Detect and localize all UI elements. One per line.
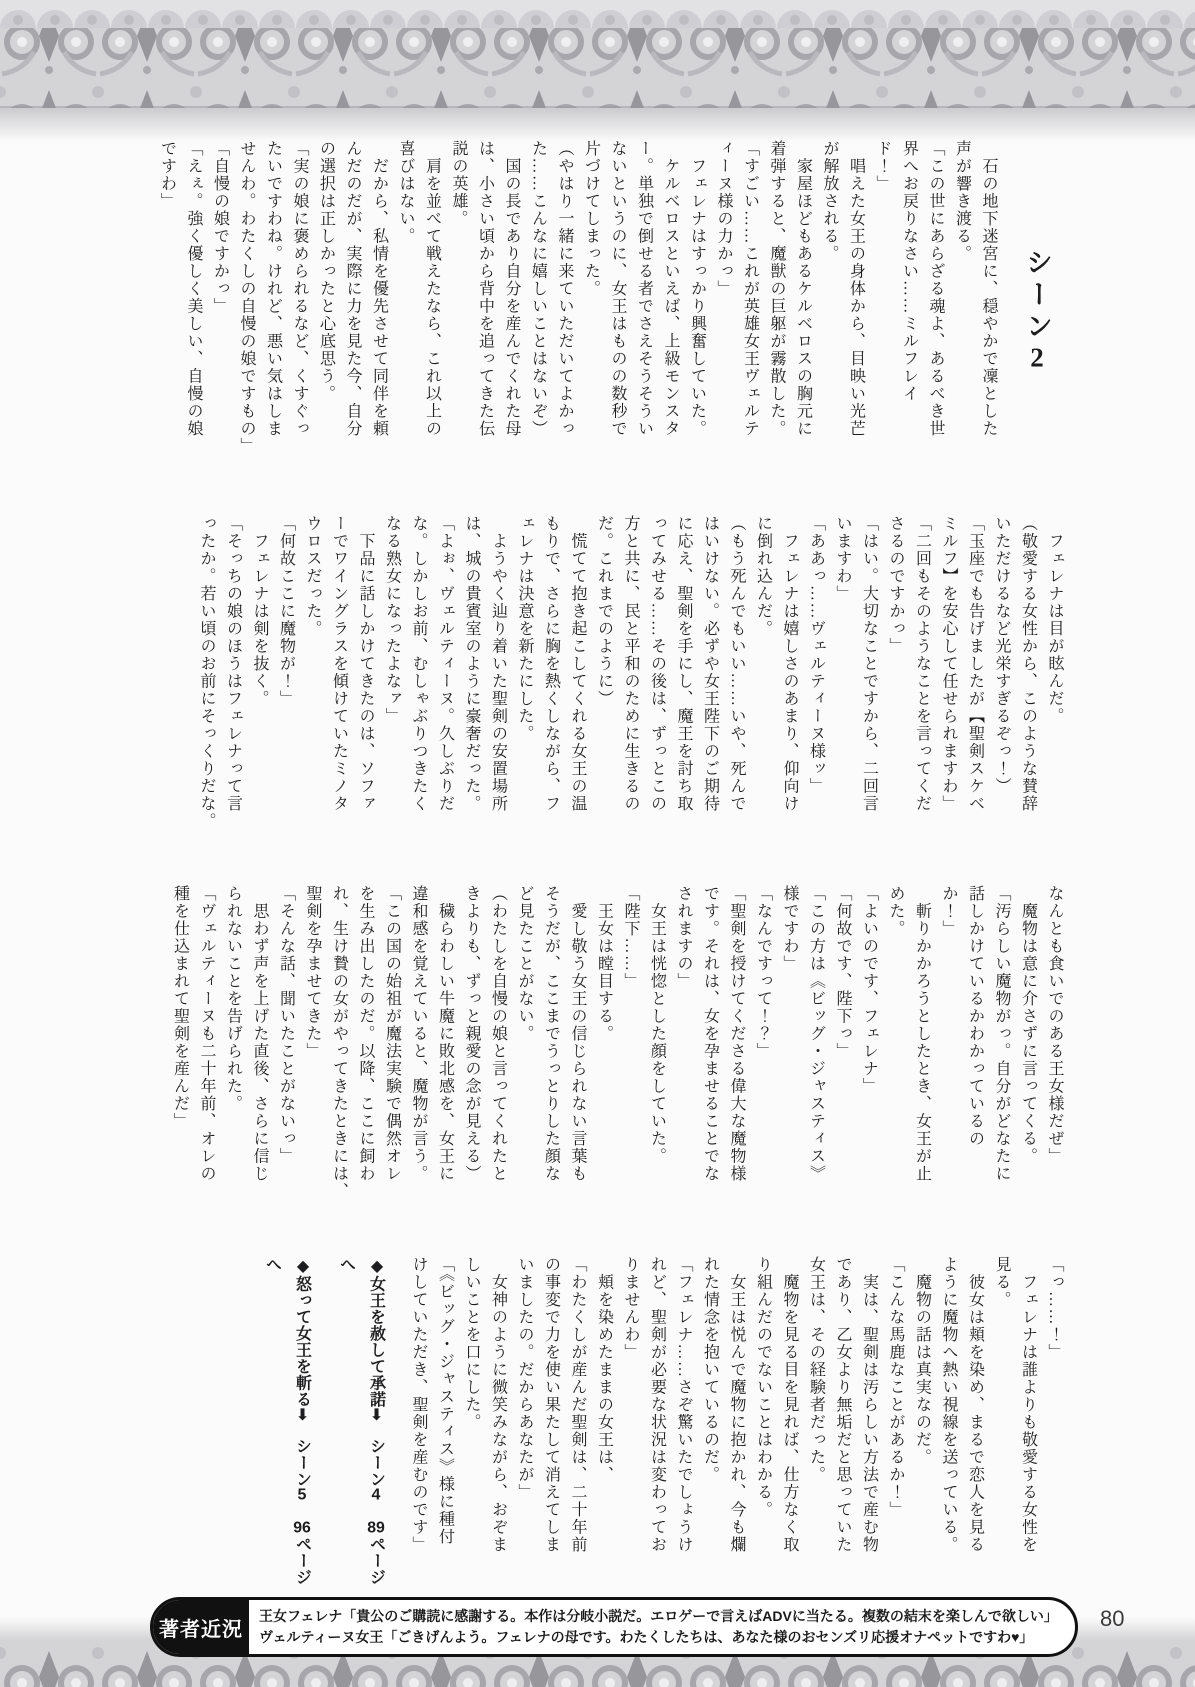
text-line: りませんわ」 xyxy=(617,1256,644,1586)
text-line: いただけるなど光栄すぎるぞっ！） xyxy=(988,515,1015,850)
text-line: けしていただき、聖剣を産むのです」 xyxy=(405,1256,432,1586)
text-line: 「この方は《ビッグ・ジャスティス》 xyxy=(802,885,829,1220)
text-line: な。しかしお前、むしゃぶりつきたく xyxy=(405,515,432,850)
text-line: 「この国の始祖が魔法実験で偶然オレ xyxy=(378,885,405,1220)
text-line: 「わたくしが産んだ聖剣は、二十年前 xyxy=(564,1256,591,1586)
text-line: きよりも、ずっと親愛の念が見える） xyxy=(458,885,485,1220)
text-line: ってみせる……その後は、ずっとこの xyxy=(643,515,670,850)
scene-heading: シーン2 xyxy=(1017,140,1057,480)
text-line: 国の長であり自分を産んでくれた母 xyxy=(498,140,525,480)
text-line: ど見たことがない。 xyxy=(511,885,538,1220)
scene-heading-text: シーン xyxy=(1022,248,1052,344)
text-line: 「《ビッグ・ジャスティス》様に種付 xyxy=(431,1256,458,1586)
text-line: られないことを告げられた。 xyxy=(219,885,246,1220)
text-line: か！」 xyxy=(935,885,962,1220)
text-line: 説の英雄。 xyxy=(445,140,472,480)
text-line: ィーヌ様の力かっ」 xyxy=(710,140,737,480)
text-line: はいけない。必ずや女王陛下のご期待 xyxy=(696,515,723,850)
text-line: 「ヴェルティーヌも二十年前、オレの xyxy=(193,885,220,1220)
text-line: た……こんなに嬉しいことはないぞ） xyxy=(524,140,551,480)
text-line: 慌てて抱き起こしてくれる女王の温 xyxy=(564,515,591,850)
text-line: だから、私情を優先させて同伴を頼 xyxy=(365,140,392,480)
text-line: フェレナは嬉しさのあまり、仰向け xyxy=(776,515,803,850)
text-line: 「実の娘に褒められるなど、くすぐっ xyxy=(286,140,313,480)
text-line: フェレナは目が眩んだ。 xyxy=(1041,515,1068,850)
text-line: 「何故ここに魔物が！」 xyxy=(272,515,299,850)
text-line: に倒れ込んだ。 xyxy=(749,515,776,850)
ornamental-border-top xyxy=(0,0,1195,108)
text-line: ウロスだった。 xyxy=(299,515,326,850)
text-line: もりで、さらに胸を熱くしながら、フ xyxy=(537,515,564,850)
text-line: 様ですわ」 xyxy=(776,885,803,1220)
text-line: ように魔物へ熱い視線を送っている。 xyxy=(935,1256,962,1586)
text-line: れた情念を抱いているのだ。 xyxy=(696,1256,723,1586)
text-line: り組んだのでないことはわかる。 xyxy=(749,1256,776,1586)
text-line: フェレナはすっかり興奮していた。 xyxy=(683,140,710,480)
text-line: 聖剣を孕ませてきた」 xyxy=(299,885,326,1220)
author-news-text: 王女フェレナ「貴公のご購読に感謝する。本作は分岐小説だ。エロゲーで言えばADVに… xyxy=(249,1600,1068,1654)
text-line: 見る。 xyxy=(988,1256,1015,1586)
text-line: 「二回もそのようなことを言ってくだ xyxy=(908,515,935,850)
text-line: 方と共に、民と平和のために生きるの xyxy=(617,515,644,850)
text-line: 「っ……！」 xyxy=(1041,1256,1068,1586)
text-line: 唱えた女王の身体から、目映い光芒 xyxy=(842,140,869,480)
text-line: （わたしを自慢の娘と言ってくれたと xyxy=(484,885,511,1220)
text-band-3: なんとも食いでのある王女様だぜ」 魔物は意に介さずに言ってくる。「汚らしい魔物が… xyxy=(141,885,1067,1220)
text-line: 「自慢の娘ですかっ」 xyxy=(206,140,233,480)
text-line: ミルフ】を安心して任せられますわ」 xyxy=(935,515,962,850)
text-line: されますの」 xyxy=(670,885,697,1220)
text-band-1: シーン2 石の地下迷宮に、穏やかで凜とした声が響き渡る。「この世にあらざる魂よ、… xyxy=(141,140,1067,480)
text-line: 女王は悦んで魔物に抱かれ、今も爛 xyxy=(723,1256,750,1586)
text-line: 界へお戻りなさい……ミルフレイ xyxy=(895,140,922,480)
text-line: 思わず声を上げた直後、さらに信じ xyxy=(246,885,273,1220)
text-line: 話しかけているかわかっているの xyxy=(961,885,988,1220)
text-line: 斬りかかろうとしたとき、女王が止 xyxy=(908,885,935,1220)
text-line: は、城の貴賓室のように豪奢だった。 xyxy=(458,515,485,850)
text-line: 「よぉ、ヴェルティーヌ。久しぶりだ xyxy=(431,515,458,850)
text-line: フェレナは剣を抜く。 xyxy=(246,515,273,850)
text-line: 「そっちの娘のほうはフェレナって言 xyxy=(219,515,246,850)
text-line: 違和感を覚えていると、魔物が言う。 xyxy=(405,885,432,1220)
text-line: 女神のように微笑みながら、おぞま xyxy=(484,1256,511,1586)
text-line: 下品に話しかけてきたのは、ソファ xyxy=(352,515,379,850)
text-band-2: フェレナは目が眩んだ。（敬愛する女性から、このような賛辞いただけるなど光栄すぎる… xyxy=(141,515,1067,850)
text-line: 魔物の話は真実なのだ。 xyxy=(908,1256,935,1586)
text-line: そうだが、ここまでうっとりした顔な xyxy=(537,885,564,1220)
text-line: 肩を並べて戦えたなら、これ以上の xyxy=(418,140,445,480)
text-line: ケルベロスといえば、上級モンスタ xyxy=(657,140,684,480)
text-line: れ、生け贄の女がやってきたときには、 xyxy=(325,885,352,1220)
text-line: 女王は恍惚とした顔をしていた。 xyxy=(643,885,670,1220)
text-line: 着弾すると、魔獣の巨躯が霧散した。 xyxy=(763,140,790,480)
text-line: いましたの。だからあなたが」 xyxy=(511,1256,538,1586)
text-line: 頬を染めたままの女王は、 xyxy=(590,1256,617,1586)
text-line: です。それは、女を孕ませることでな xyxy=(696,885,723,1220)
text-line: 声が響き渡る。 xyxy=(948,140,975,480)
branch-choice-line: ◆女王を赦して承諾➡ シーン4 89ページへ xyxy=(331,1256,391,1586)
text-line: しいことを口にした。 xyxy=(458,1256,485,1586)
text-line: 彼女は頬を染め、まるで恋人を見る xyxy=(961,1256,988,1586)
text-line: ェレナは決意を新たにした。 xyxy=(511,515,538,850)
text-line: フェレナは誰よりも敬愛する女性を xyxy=(1014,1256,1041,1586)
text-line: ようやく辿り着いた聖剣の安置場所 xyxy=(484,515,511,850)
text-line: 女王は、その経験者だった。 xyxy=(802,1256,829,1586)
text-line: の事変で力を使い果たして消えてしま xyxy=(537,1256,564,1586)
text-line: （やはり一緒に来ていただいてよかっ xyxy=(551,140,578,480)
text-line: 種を仕込まれて聖剣を産んだ」 xyxy=(166,885,193,1220)
text-line: 「はい。大切なことですから、二回言 xyxy=(855,515,882,850)
text-line: 「陛下……」 xyxy=(617,885,644,1220)
text-line: 「こんな馬鹿なことがあるか！」 xyxy=(882,1256,909,1586)
text-line: いますわ」 xyxy=(829,515,856,850)
text-line: 「聖剣を授けてくださる偉大な魔物様 xyxy=(723,885,750,1220)
text-line: れど、聖剣が必要な状況は変わってお xyxy=(643,1256,670,1586)
text-line: 魔物は意に介さずに言ってくる。 xyxy=(1014,885,1041,1220)
text-line: 「ああっ……ヴェルティーヌ様ッ」 xyxy=(802,515,829,850)
text-line: 「そんな話、聞いたことがないっ」 xyxy=(272,885,299,1220)
text-line: せんわ。わたくしの自慢の娘ですもの」 xyxy=(233,140,260,480)
author-news-line-1: 王女フェレナ「貴公のご購読に感謝する。本作は分岐小説だ。エロゲーで言えばADVに… xyxy=(259,1607,1058,1626)
top-shadow-fade xyxy=(0,106,1195,142)
text-line: なんとも食いでのある王女様だぜ」 xyxy=(1041,885,1068,1220)
text-line: （敬愛する女性から、このような賛辞 xyxy=(1014,515,1041,850)
text-line: 「フェレナ……さぞ驚いたでしょうけ xyxy=(670,1256,697,1586)
text-line: 家屋ほどもあるケルベロスの胸元に xyxy=(789,140,816,480)
text-line: は、小さい頃から背中を追ってきた伝 xyxy=(471,140,498,480)
text-line: 片づけてしまった。 xyxy=(577,140,604,480)
branch-choice-line: ◆怒って女王を斬る➡ シーン5 96ページへ xyxy=(257,1256,317,1586)
author-news-label: 著者近況 xyxy=(153,1600,249,1654)
text-line: 喜びはない。 xyxy=(392,140,419,480)
author-news-bar: 著者近況 王女フェレナ「貴公のご購読に感謝する。本作は分岐小説だ。エロゲーで言え… xyxy=(150,1597,1078,1657)
page-number: 80 xyxy=(1100,1606,1124,1632)
text-line: めた。 xyxy=(882,885,909,1220)
text-line: ないというのに、女王はものの数秒で xyxy=(604,140,631,480)
text-line: 穢らわしい牛魔に敗北感を、女王に xyxy=(431,885,458,1220)
text-line: 愛し敬う女王の信じられない言葉も xyxy=(564,885,591,1220)
text-band-4: 「っ……！」 フェレナは誰よりも敬愛する女性を見る。 彼女は頬を染め、まるで恋人… xyxy=(141,1256,1067,1586)
text-line: ーでワイングラスを傾けていたミノタ xyxy=(325,515,352,850)
text-line: 「えぇ。強く優しく美しい、自慢の娘 xyxy=(180,140,207,480)
text-line: だ。これまでのように） xyxy=(590,515,617,850)
text-line: んだのだが、実際に力を見た今、自分 xyxy=(339,140,366,480)
text-line: ったか。若い頃のお前にそっくりだな。 xyxy=(193,515,220,850)
text-line: ド！」 xyxy=(869,140,896,480)
text-line: 「何故です、陛下っ」 xyxy=(829,885,856,1220)
text-line: さるのですかっ」 xyxy=(882,515,909,850)
text-line: ー。単独で倒せる者でさえそうそうい xyxy=(630,140,657,480)
scene-heading-number: 2 xyxy=(1022,344,1052,371)
text-line: の選択は正しかったと心底思う。 xyxy=(312,140,339,480)
text-line: 「汚らしい魔物がっ。自分がどなたに xyxy=(988,885,1015,1220)
text-line: が解放される。 xyxy=(816,140,843,480)
text-line: 「すごい……これが英雄女王ヴェルテ xyxy=(736,140,763,480)
text-line: （もう死んでもいい……いや、死んで xyxy=(723,515,750,850)
text-line: ですわ」 xyxy=(153,140,180,480)
text-line: 「玉座でも告げましたが【聖剣スケベ xyxy=(961,515,988,850)
text-line: なる熟女になったよなァ」 xyxy=(378,515,405,850)
text-line: 「よいのです、フェレナ」 xyxy=(855,885,882,1220)
author-news-line-2: ヴェルティーヌ女王「ごきげんよう。フェレナの母です。わたくしたちは、あなた様のお… xyxy=(259,1628,1058,1647)
text-line: たいですわね。けれど、悪い気はしま xyxy=(259,140,286,480)
text-line: に応え、聖剣を手にし、魔王を討ち取 xyxy=(670,515,697,850)
text-line: 「この世にあらざる魂よ、あるべき世 xyxy=(922,140,949,480)
text-line: 魔物を見る目を見れば、仕方なく取 xyxy=(776,1256,803,1586)
book-page: シーン2 石の地下迷宮に、穏やかで凜とした声が響き渡る。「この世にあらざる魂よ、… xyxy=(0,0,1195,1687)
text-line: であり、乙女より無垢だと思っていた xyxy=(829,1256,856,1586)
text-line: 「なんですって！？」 xyxy=(749,885,776,1220)
text-line: 石の地下迷宮に、穏やかで凜とした xyxy=(975,140,1002,480)
text-line: 王女は瞠目する。 xyxy=(590,885,617,1220)
text-line: を生み出したのだ。以降、ここに飼わ xyxy=(352,885,379,1220)
text-line: 実は、聖剣は汚らしい方法で産む物 xyxy=(855,1256,882,1586)
